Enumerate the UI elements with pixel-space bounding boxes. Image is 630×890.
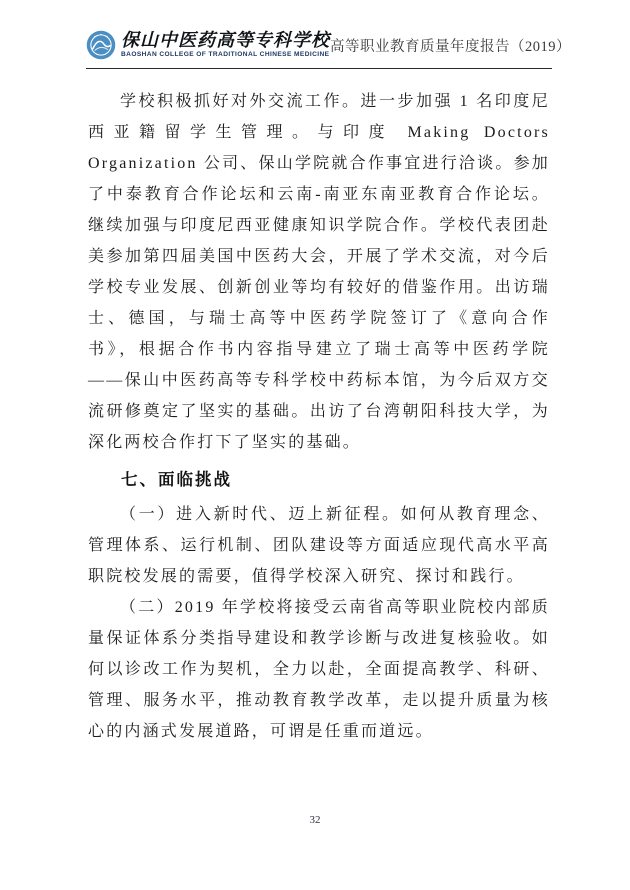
document-page: 保山中医药高等专科学校 BAOSHAN COLLEGE OF TRADITION… (0, 0, 630, 890)
section-heading-challenges: 七、面临挑战 (88, 465, 550, 496)
school-brand: 保山中医药高等专科学校 BAOSHAN COLLEGE OF TRADITION… (86, 30, 330, 60)
report-title: 高等职业教育质量年度报告（2019） (330, 35, 571, 56)
document-body: 学校积极抓好对外交流工作。进一步加强 1 名印度尼西亚籍留学生管理。与印度 Ma… (88, 86, 550, 747)
paragraph-challenge-two: （二）2019 年学校将接受云南省高等职业院校内部质量保证体系分类指导建设和教学… (88, 592, 550, 747)
school-name-en: BAOSHAN COLLEGE OF TRADITIONAL CHINESE M… (121, 52, 330, 59)
paragraph-international-exchange: 学校积极抓好对外交流工作。进一步加强 1 名印度尼西亚籍留学生管理。与印度 Ma… (88, 86, 550, 458)
school-name-block: 保山中医药高等专科学校 BAOSHAN COLLEGE OF TRADITION… (121, 32, 330, 59)
school-name-cn: 保山中医药高等专科学校 (121, 32, 330, 50)
paragraph-challenge-one: （一）进入新时代、迈上新征程。如何从教育理念、管理体系、运行机制、团队建设等方面… (88, 499, 550, 592)
school-logo-icon (86, 30, 116, 60)
page-number: 32 (310, 814, 321, 826)
page-header: 保山中医药高等专科学校 BAOSHAN COLLEGE OF TRADITION… (86, 30, 552, 69)
page-footer: 32 (0, 810, 630, 828)
